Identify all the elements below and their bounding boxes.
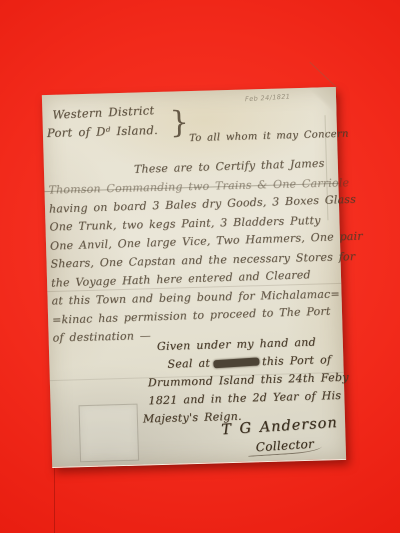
closing-port-of: this Port of: [262, 353, 332, 368]
manuscript-paper: Feb 24/1821 Western District Port of Dᵈ …: [42, 87, 346, 468]
inked-out-word: [213, 357, 259, 368]
heading-district: Western District: [52, 103, 155, 122]
heading-port: Port of Dᵈ Island.: [47, 123, 158, 140]
pencil-date-annotation: Feb 24/1821: [245, 92, 291, 103]
fold-crease-diagonal: [309, 62, 337, 89]
signature-title: Collector: [247, 436, 322, 457]
embossed-seal-square: [79, 404, 140, 463]
closing-line-with-blot: Seal atthis Port of: [167, 353, 331, 371]
heading-brace: }: [169, 105, 189, 141]
backdrop-crease-line: [54, 460, 55, 533]
folded-corner-top-right: [308, 87, 337, 116]
closing-seal-at: Seal at: [167, 357, 210, 371]
photo-red-backdrop: Feb 24/1821 Western District Port of Dᵈ …: [0, 0, 400, 533]
closing-line: 1821 and in the 2d Year of His: [148, 389, 341, 407]
